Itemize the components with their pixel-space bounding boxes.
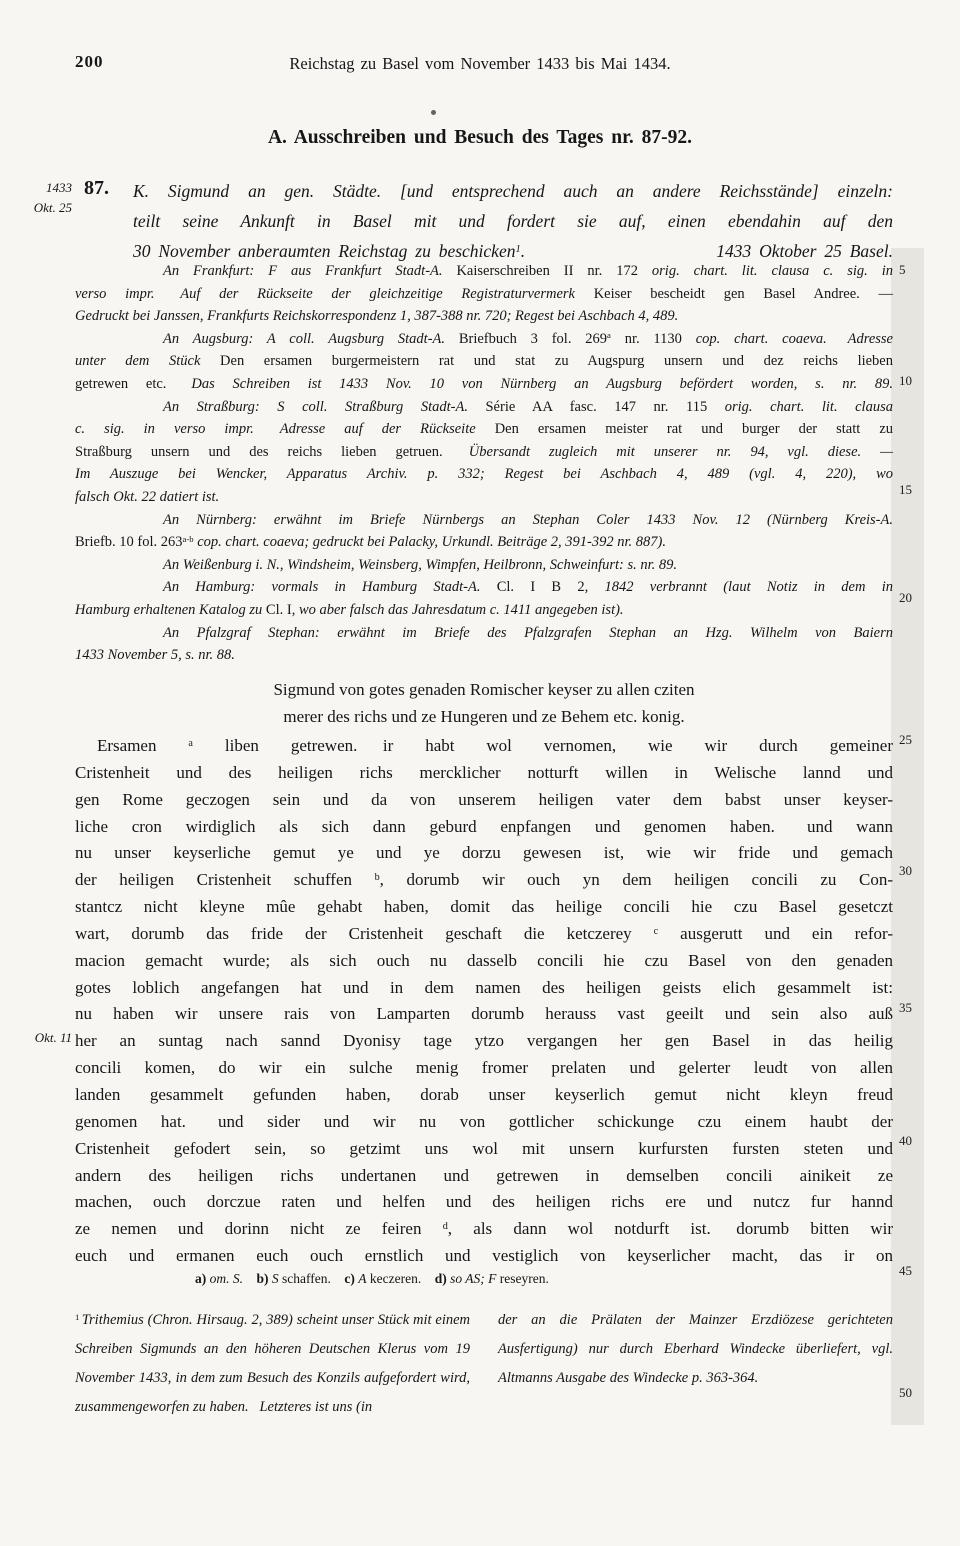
text-line: nu unser keyserliche gemut ye und ye dor… xyxy=(75,840,893,867)
text-run: , dorumb wir ouch yn dem heiligen concil… xyxy=(380,870,893,889)
transmission-paragraph-nuernberg: An Nürnberg: erwähnt im Briefe Nürnbergs… xyxy=(75,509,893,554)
text-run: genomen hat. und sider und wir nu von go… xyxy=(75,1112,893,1131)
transmission-paragraph-augsburg: An Augsburg: A coll. Augsburg Stadt-A. B… xyxy=(75,328,893,396)
letter-salutation: Sigmund von gotes genaden Romischer keys… xyxy=(75,676,893,730)
text-run: Trithemius (Chron. Hirsaug. 2, 389) sche… xyxy=(75,1312,474,1415)
text-run: ze nemen und dorinn nicht ze feiren xyxy=(75,1219,443,1238)
text-run: 1433 Oktober 25 Basel. xyxy=(716,241,893,261)
text-run: Sigmund von gotes genaden Romischer keys… xyxy=(273,680,694,699)
page-edge-shading xyxy=(891,248,924,1425)
text-line: unter dem Stück Den ersamen burgermeiste… xyxy=(75,350,893,373)
text-run: Gedruckt bei Janssen, Frankfurts Reichsk… xyxy=(75,308,678,324)
text-line: An Weißenburg i. N., Windsheim, Weinsber… xyxy=(75,554,893,577)
text-line: K. Sigmund an gen. Städte. [und entsprec… xyxy=(133,176,893,206)
text-run: keczeren. xyxy=(367,1271,422,1286)
text-run: nu unser keyserliche gemut ye und ye dor… xyxy=(75,843,893,862)
text-line: machen, ouch dorczue raten und helfen un… xyxy=(75,1189,893,1216)
text-line: genomen hat. und sider und wir nu von go… xyxy=(75,1109,893,1136)
text-line: An Frankfurt: F aus Frankfurt Stadt-A. K… xyxy=(75,260,893,283)
text-line: c. sig. in verso impr. Adresse auf der R… xyxy=(75,418,893,441)
text-line: landen gesammelt gefunden haben, dorab u… xyxy=(75,1082,893,1109)
letter-text: Sigmund von gotes genaden Romischer keys… xyxy=(75,676,893,1270)
text-line: verso impr. Auf der Rückseite der gleich… xyxy=(75,283,893,306)
text-run: a) xyxy=(195,1271,210,1286)
text-line: macion gemacht wurde; als sich ouch nu d… xyxy=(75,948,893,975)
text-run: ir habt wol vernomen, wie wir durch geme… xyxy=(383,736,893,755)
text-run: Cl. I B 2, xyxy=(480,579,604,595)
line-number-15: 15 xyxy=(899,482,925,498)
text-run: An Weißenburg i. N., Windsheim, Weinsber… xyxy=(163,557,677,573)
text-line: An Hamburg: vormals in Hamburg Stadt-A. … xyxy=(75,576,893,599)
section-heading: A. Ausschreiben und Besuch des Tages nr.… xyxy=(0,127,960,149)
text-run: schaffen. xyxy=(279,1271,331,1286)
text-run: 1 xyxy=(515,244,520,255)
text-run: Ersamen xyxy=(97,736,188,755)
text-line: gotes loblich angefangen hat und in dem … xyxy=(75,975,893,1002)
text-line: Gedruckt bei Janssen, Frankfurts Reichsk… xyxy=(75,305,893,328)
entry-number: 87. xyxy=(84,177,109,200)
text-run: merer des richs und ze Hungeren und ze B… xyxy=(283,707,684,726)
text-run: Cristenheit gefodert sein, so getzimt un… xyxy=(75,1139,893,1158)
text-run: liben getrewen. xyxy=(193,736,383,755)
text-run: cop. chart. coaeva. Adresse xyxy=(696,331,893,347)
line-number-40: 40 xyxy=(899,1133,925,1149)
text-run: landen gesammelt gefunden haben, dorab u… xyxy=(75,1085,893,1104)
text-run: b) xyxy=(243,1271,272,1286)
text-run: 1842 verbrannt (laut Notiz in dem in xyxy=(605,579,894,595)
text-line: wart, dorumb das fride der Cristenheit g… xyxy=(75,921,893,948)
text-line: Cristenheit gefodert sein, so getzimt un… xyxy=(75,1136,893,1163)
text-line: falsch Okt. 22 datiert ist. xyxy=(75,486,893,509)
text-run: Kaiserschreiben II nr. 172 xyxy=(443,263,652,279)
text-run: Den ersamen burgermeistern rat und stat … xyxy=(220,353,893,369)
text-line: liche cron wirdiglich als sich dann gebu… xyxy=(75,814,893,841)
line-number-20: 20 xyxy=(899,590,925,606)
text-run: 1433 November 5, s. nr. 88. xyxy=(75,647,235,663)
entry-summary-lines: K. Sigmund an gen. Städte. [und entsprec… xyxy=(133,176,893,236)
text-run: Briefb. 10 fol. 263 xyxy=(75,534,183,550)
text-line: her an suntag nach sannd Dyonisy tage yt… xyxy=(75,1028,893,1055)
text-run: a xyxy=(188,738,193,749)
text-run: euch und ermanen euch ouch ernstlich und… xyxy=(75,1246,893,1265)
text-run: concili komen, do wir ein sulche menig f… xyxy=(75,1058,893,1077)
text-run: . xyxy=(521,241,525,261)
text-run: falsch Okt. 22 datiert ist. xyxy=(75,489,219,505)
text-run: An Pfalzgraf Stephan: erwähnt im Briefe … xyxy=(163,625,893,641)
text-line: andern des heiligen richs undertanen und… xyxy=(75,1163,893,1190)
text-run: c xyxy=(654,926,659,937)
text-run: Straßburg unsern und des reichs lieben g… xyxy=(75,444,469,460)
line-number-45: 45 xyxy=(899,1263,925,1279)
text-run: stantcz nicht kleyne mûe gehabt haben, d… xyxy=(75,897,893,916)
text-run: Série AA fasc. 147 nr. 115 xyxy=(468,399,725,415)
entry-summary: K. Sigmund an gen. Städte. [und entsprec… xyxy=(133,176,893,266)
text-line: merer des richs und ze Hungeren und ze B… xyxy=(75,703,893,730)
text-run: b xyxy=(375,872,380,883)
text-line: concili komen, do wir ein sulche menig f… xyxy=(75,1055,893,1082)
text-run: orig. chart. lit. clausa xyxy=(725,399,893,415)
text-run: macion gemacht wurde; als sich ouch nu d… xyxy=(75,951,893,970)
text-line: An Straßburg: S coll. Straßburg Stadt-A.… xyxy=(75,396,893,419)
text-line: nu haben wir unsere rais von Lamparten d… xyxy=(75,1001,893,1028)
line-number-30: 30 xyxy=(899,863,925,879)
text-run: An Augsburg: A coll. Augsburg Stadt-A. xyxy=(163,331,445,347)
text-run: Briefbuch 3 fol. 269 xyxy=(445,331,607,347)
text-run: A xyxy=(358,1271,366,1286)
text-run: S xyxy=(272,1271,279,1286)
text-run: om. S. xyxy=(210,1271,243,1286)
line-number-50: 50 xyxy=(899,1385,925,1401)
text-line: An Pfalzgraf Stephan: erwähnt im Briefe … xyxy=(75,622,893,645)
footnotes: 1 Trithemius (Chron. Hirsaug. 2, 389) sc… xyxy=(75,1306,893,1422)
text-run: liche cron wirdiglich als sich dann gebu… xyxy=(75,817,893,836)
line-number-35: 35 xyxy=(899,1000,925,1016)
text-run: a-b xyxy=(183,534,194,544)
text-run: cop. chart. coaeva; gedruckt bei Palacky… xyxy=(197,534,666,550)
text-run: teilt seine Ankunft in Basel mit und for… xyxy=(133,211,893,231)
text-line: stantcz nicht kleyne mûe gehabt haben, d… xyxy=(75,894,893,921)
text-run: nu haben wir unsere rais von Lamparten d… xyxy=(75,1004,893,1023)
text-run: verso impr. Auf der Rückseite der gleich… xyxy=(75,286,594,302)
text-run: der an die Prälaten der Mainzer Erzdiöze… xyxy=(498,1312,896,1386)
text-run: getrewen etc. xyxy=(75,376,191,392)
text-run: Keiser bescheidt gen Basel Andree. — xyxy=(594,286,893,302)
footnote-right-column: der an die Prälaten der Mainzer Erzdiöze… xyxy=(498,1306,893,1422)
text-run: K. Sigmund an gen. Städte. [und entsprec… xyxy=(133,181,893,201)
text-run: Übersandt zugleich mit unserer nr. 94, v… xyxy=(469,444,893,460)
text-line: Cristenheit und des heiligen richs merck… xyxy=(75,760,893,787)
text-run: 30 November anberaumten Reichstag zu bes… xyxy=(133,241,515,261)
text-line: ze nemen und dorinn nicht ze feiren d, a… xyxy=(75,1216,893,1243)
text-line: Briefb. 10 fol. 263a-b cop. chart. coaev… xyxy=(75,531,893,554)
text-line: 1433 November 5, s. nr. 88. xyxy=(75,644,893,667)
text-line: der heiligen Cristenheit schuffen b, dor… xyxy=(75,867,893,894)
text-line: Im Auszuge bei Wencker, Apparatus Archiv… xyxy=(75,463,893,486)
text-line: getrewen etc. Das Schreiben ist 1433 Nov… xyxy=(75,373,893,396)
text-run: An Straßburg: S coll. Straßburg Stadt-A. xyxy=(163,399,468,415)
transmission-paragraph-frankfurt: An Frankfurt: F aus Frankfurt Stadt-A. K… xyxy=(75,260,893,328)
text-line: Ersamen a liben getrewen. ir habt wol ve… xyxy=(75,733,893,760)
text-run: ausgerutt und ein refor- xyxy=(658,924,893,943)
critical-notes: a) om. S. b) S schaffen. c) A keczeren. … xyxy=(195,1271,835,1287)
text-run: andern des heiligen richs undertanen und… xyxy=(75,1166,893,1185)
text-line: euch und ermanen euch ouch ernstlich und… xyxy=(75,1243,893,1270)
text-run: d xyxy=(443,1221,448,1232)
text-run: dorumb bitten wir xyxy=(736,1219,893,1238)
text-run: so AS; F xyxy=(450,1271,496,1286)
line-number-25: 25 xyxy=(899,732,925,748)
transmission-paragraph-strassburg: An Straßburg: S coll. Straßburg Stadt-A.… xyxy=(75,396,893,509)
text-line: An Nürnberg: erwähnt im Briefe Nürnbergs… xyxy=(75,509,893,532)
text-line: teilt seine Ankunft in Basel mit und for… xyxy=(133,206,893,236)
text-run: An Nürnberg: erwähnt im Briefe Nürnbergs… xyxy=(163,512,893,528)
transmission-paragraph-pfalzgraf: An Pfalzgraf Stephan: erwähnt im Briefe … xyxy=(75,622,893,667)
transmission-notes: An Frankfurt: F aus Frankfurt Stadt-A. K… xyxy=(75,260,893,667)
text-run: wart, dorumb das fride der Cristenheit g… xyxy=(75,924,654,943)
text-run: a xyxy=(607,330,611,340)
transmission-paragraph-hamburg: An Hamburg: vormals in Hamburg Stadt-A. … xyxy=(75,576,893,621)
running-header: Reichstag zu Basel vom November 1433 bis… xyxy=(0,54,960,74)
text-run: her an suntag nach sannd Dyonisy tage yt… xyxy=(75,1031,893,1050)
text-line: An Augsburg: A coll. Augsburg Stadt-A. B… xyxy=(75,328,893,351)
transmission-paragraph-weissenburg: An Weißenburg i. N., Windsheim, Weinsber… xyxy=(75,554,893,577)
line-number-5: 5 xyxy=(899,262,925,278)
entry-margin-date: 1433 Okt. 25 xyxy=(14,178,72,218)
text-run: nr. 1130 xyxy=(611,331,696,347)
text-run: c) xyxy=(331,1271,358,1286)
text-run: orig. chart. lit. clausa c. sig. in xyxy=(652,263,893,279)
text-run: gen Rome geczogen sein und da von unsere… xyxy=(75,790,893,809)
margin-date-day: Okt. 25 xyxy=(14,198,72,218)
printers-mark xyxy=(431,110,436,115)
text-run: Hamburg erhaltenen Katalog zu xyxy=(75,602,266,618)
text-run: unter dem Stück xyxy=(75,353,220,369)
text-line: Sigmund von gotes genaden Romischer keys… xyxy=(75,676,893,703)
margin-date-year: 1433 xyxy=(14,178,72,198)
text-line: Straßburg unsern und des reichs lieben g… xyxy=(75,441,893,464)
text-line: Hamburg erhaltenen Katalog zu Cl. I, wo … xyxy=(75,599,893,622)
margin-note-okt11: Okt. 11 xyxy=(14,1030,72,1046)
footnote-left-column: 1 Trithemius (Chron. Hirsaug. 2, 389) sc… xyxy=(75,1306,470,1422)
text-run: , als dann wol notdurft ist. xyxy=(448,1219,736,1238)
text-run: , wo aber falsch das Jahresdatum c. 1411… xyxy=(292,602,624,618)
text-run: c. sig. in verso impr. Adresse auf der R… xyxy=(75,421,495,437)
text-run: An Frankfurt: F aus Frankfurt Stadt-A. xyxy=(163,263,443,279)
text-run: An Hamburg: vormals in Hamburg Stadt-A. xyxy=(163,579,480,595)
text-run: 1 xyxy=(75,1312,82,1322)
line-number-10: 10 xyxy=(899,373,925,389)
text-run: d) xyxy=(421,1271,450,1286)
text-run: Den ersamen meister rat und burger der s… xyxy=(495,421,893,437)
text-run: reseyren. xyxy=(496,1271,548,1286)
text-run: Im Auszuge bei Wencker, Apparatus Archiv… xyxy=(75,466,893,482)
text-run: machen, ouch dorczue raten und helfen un… xyxy=(75,1192,893,1211)
letter-body: Ersamen a liben getrewen. ir habt wol ve… xyxy=(75,733,893,1270)
text-run: der heiligen Cristenheit schuffen xyxy=(75,870,375,889)
text-run: Cl. I xyxy=(266,602,292,618)
text-run: Cristenheit und des heiligen richs merck… xyxy=(75,763,893,782)
text-line: gen Rome geczogen sein und da von unsere… xyxy=(75,787,893,814)
text-run: Das Schreiben ist 1433 Nov. 10 von Nürnb… xyxy=(191,376,893,392)
text-run: gotes loblich angefangen hat und in dem … xyxy=(75,978,893,997)
